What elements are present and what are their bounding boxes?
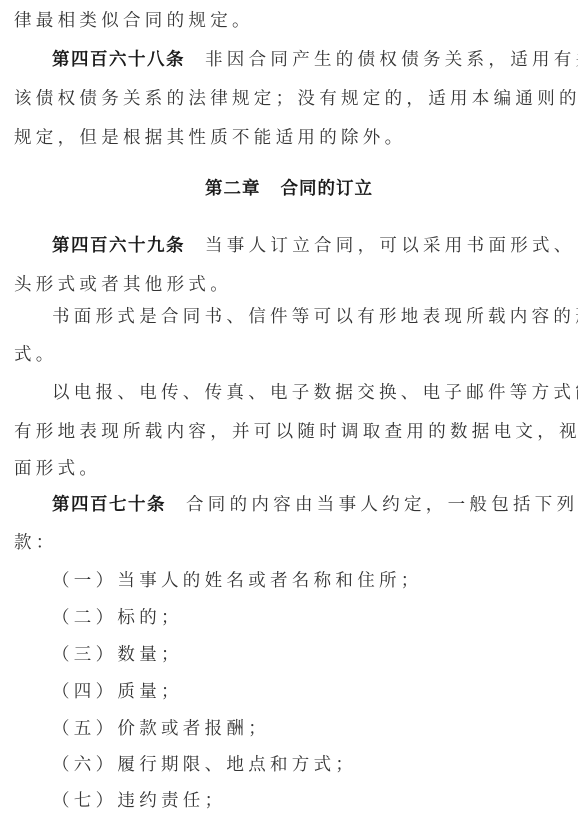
article-470-label: 第四百七十条: [52, 495, 166, 515]
article-469-p3-line-2: 有形地表现所载内容，并可以随时调取查用的数据电文，视为书: [14, 421, 578, 443]
list-item: （五）价款或者报酬；: [52, 718, 270, 740]
article-469-text: 当事人订立合同，可以采用书面形式、口: [205, 236, 578, 256]
list-item: （三）数量；: [52, 644, 183, 666]
document-page: 律最相类似合同的规定。 第四百六十八条非因合同产生的债权债务关系，适用有关 该债…: [0, 0, 578, 813]
article-469-p3-line-3: 面形式。: [14, 458, 101, 480]
chapter-title: 合同的订立: [281, 179, 374, 199]
list-item: （七）违约责任；: [52, 790, 226, 812]
article-470-line-2: 款：: [14, 532, 58, 554]
article-470-line-1: 第四百七十条合同的内容由当事人约定，一般包括下列条: [52, 494, 578, 516]
list-item: （四）质量；: [52, 681, 183, 703]
article-469-p2-line-1: 书面形式是合同书、信件等可以有形地表现所载内容的形: [52, 306, 578, 328]
list-item: （一）当事人的姓名或者名称和住所；: [52, 570, 423, 592]
article-468-label: 第四百六十八条: [52, 50, 185, 70]
article-468-line-3: 规定，但是根据其性质不能适用的除外。: [14, 127, 406, 149]
article-468-line-1: 第四百六十八条非因合同产生的债权债务关系，适用有关: [52, 49, 578, 71]
chapter-number: 第二章: [205, 179, 261, 199]
chapter-heading: 第二章合同的订立: [0, 178, 578, 200]
article-468-line-2: 该债权债务关系的法律规定；没有规定的，适用本编通则的有关: [14, 88, 578, 110]
article-469-p3-line-1: 以电报、电传、传真、电子数据交换、电子邮件等方式能够: [52, 382, 578, 404]
article-470-text: 合同的内容由当事人约定，一般包括下列条: [186, 495, 578, 515]
list-item: （二）标的；: [52, 607, 183, 629]
text-line: 律最相类似合同的规定。: [14, 10, 254, 32]
article-469-p2-line-2: 式。: [14, 344, 58, 366]
list-item: （六）履行期限、地点和方式；: [52, 754, 357, 776]
article-468-text: 非因合同产生的债权债务关系，适用有关: [205, 50, 578, 70]
article-469-line-1: 第四百六十九条当事人订立合同，可以采用书面形式、口: [52, 235, 578, 257]
article-469-line-2: 头形式或者其他形式。: [14, 274, 232, 296]
article-469-label: 第四百六十九条: [52, 236, 185, 256]
